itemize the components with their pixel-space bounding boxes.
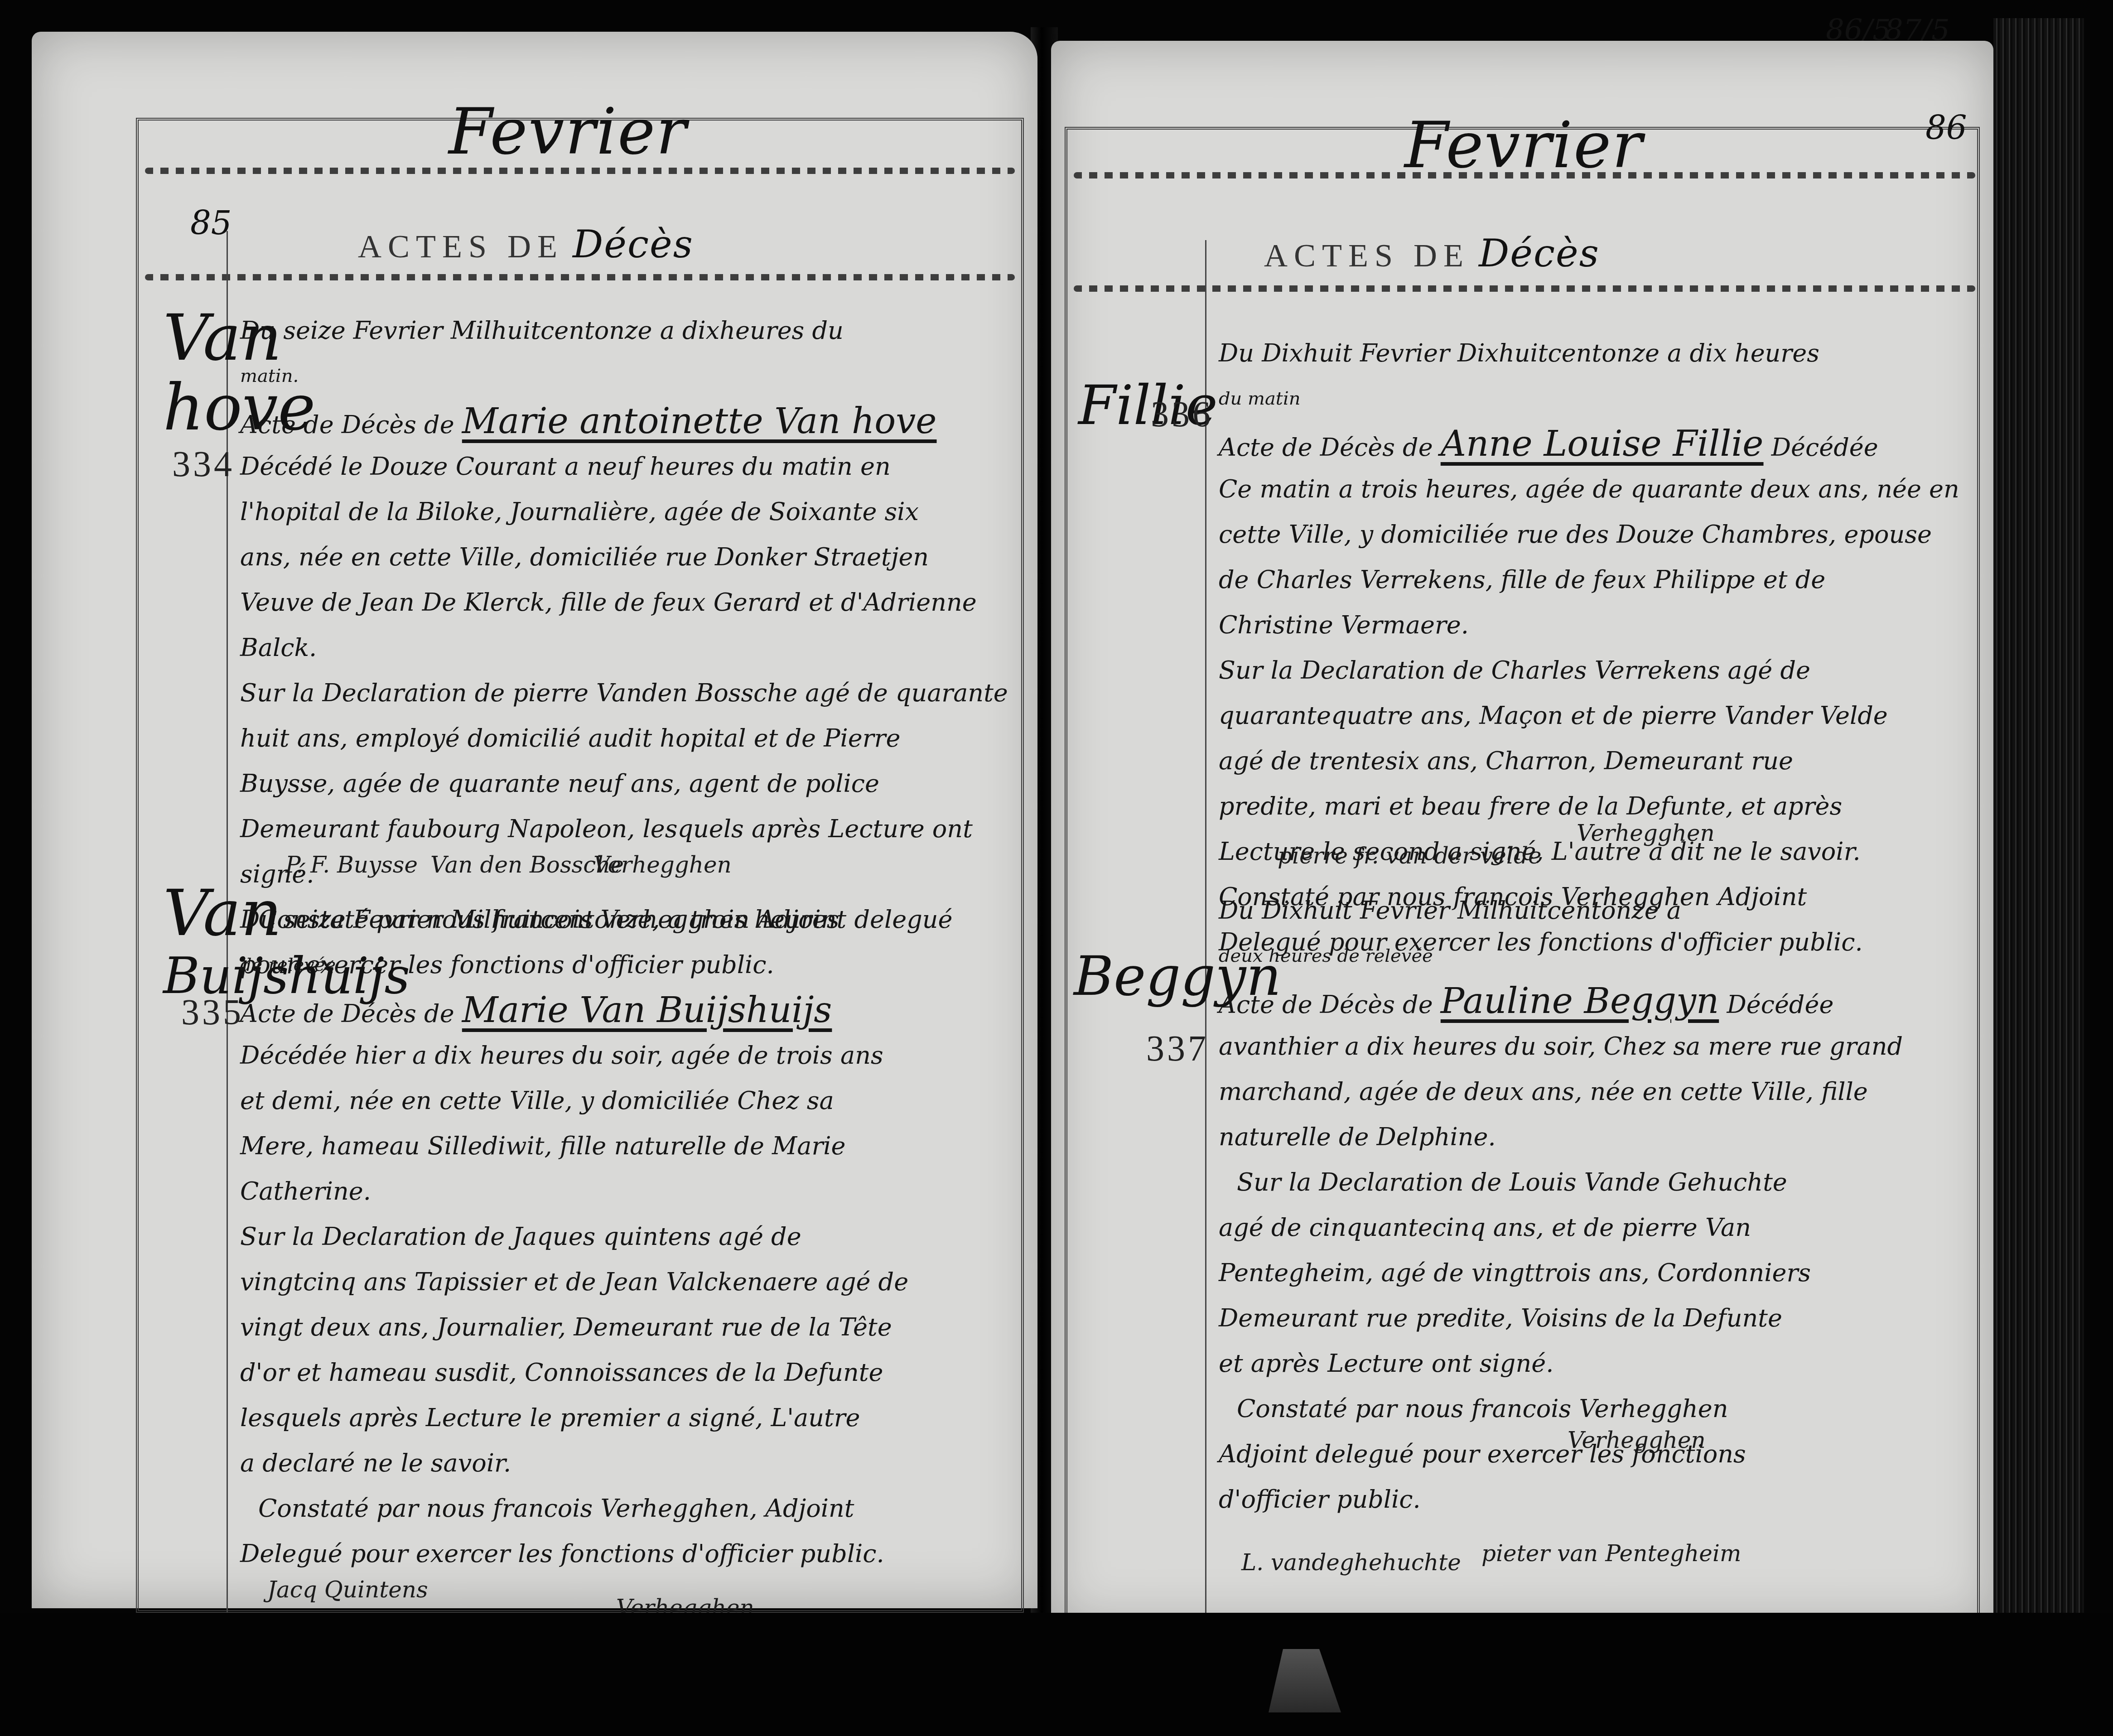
signature: Jacq Quintens: [267, 1577, 428, 1603]
month-heading: Fevrier: [449, 95, 687, 169]
entry-line: Constaté par nous francois Verhegghen: [1219, 1386, 1903, 1432]
death-act-entry: Du seize Fevrier Milhuitcentonze, a troi…: [240, 897, 908, 1577]
entry-line: agé de cinquantecinq ans, et de pierre V…: [1219, 1205, 1903, 1250]
ornamental-rule: [1074, 285, 1975, 292]
left-page: Fevrier 85 ACTES DEDécès Van hove 334 Du…: [32, 32, 1037, 1608]
entry-line: a declaré ne le savoir.: [240, 1441, 908, 1486]
scan-bottom-shadow: [0, 1613, 2113, 1736]
death-act-entry: Du Dixhuit Fevrier Dixhuitcentonze a dix…: [1219, 331, 1959, 965]
folio-number: 85: [190, 204, 232, 242]
header-printed: ACTES DE: [1264, 237, 1470, 274]
month-heading: Fevrier: [1404, 109, 1643, 183]
folio-number: 86: [1925, 109, 1967, 147]
entry-line: Constaté par nous francois Verhegghen, A…: [240, 1486, 908, 1531]
register-header: ACTES DEDécès: [358, 222, 694, 266]
entry-text: Acte de Décès de: [240, 410, 454, 439]
deceased-name: Marie antoinette Van hove: [462, 401, 937, 442]
entry-line: Acte de Décès de Anne Louise Fillie Décé…: [1219, 421, 1959, 467]
entry-line: agé de trentesix ans, Charron, Demeurant…: [1219, 738, 1959, 784]
entry-line: vingt deux ans, Journalier, Demeurant ru…: [240, 1305, 908, 1350]
entry-line: lesquels après Lecture le premier a sign…: [240, 1395, 908, 1441]
header-handwritten: Décès: [1479, 231, 1600, 275]
entry-line: huit ans, employé domicilié audit hopita…: [240, 716, 1008, 761]
entry-line: Catherine.: [240, 1169, 908, 1214]
entry-line: d'officier public.: [1219, 1477, 1903, 1522]
deceased-name: Marie Van Buijshuijs: [462, 990, 832, 1031]
entry-line: deux heures de relevée: [1219, 933, 1903, 979]
entry-text: Décédée: [1771, 433, 1878, 462]
entry-line: Sur la Declaration de Charles Verrekens …: [1219, 648, 1959, 693]
entry-line: Décédé le Douze Courant a neuf heures du…: [240, 444, 1008, 489]
entry-line: du matin: [1219, 376, 1959, 421]
entry-line: Du Dixhuit Fevrier Dixhuitcentonze a dix…: [1219, 331, 1959, 376]
signature: L. vandeghehuchte: [1241, 1549, 1461, 1576]
ornamental-rule: [145, 274, 1015, 280]
book-page-edges: [1993, 18, 2084, 1622]
entry-line: Ce matin a trois heures, agée de quarant…: [1219, 467, 1959, 512]
entry-line: quarantequatre ans, Maçon et de pierre V…: [1219, 693, 1959, 738]
deceased-name: Anne Louise Fillie: [1441, 424, 1764, 464]
entry-line: Mere, hameau Sillediwit, fille naturelle…: [240, 1124, 908, 1169]
signature: Verhegghen: [1577, 820, 1715, 846]
register-scan: 86/5 87/5 Fevrier 85 ACTES DEDécès Van h…: [0, 0, 2113, 1736]
signature: P. F. Buysse: [285, 852, 418, 878]
entry-line: Buysse, agée de quarante neuf ans, agent…: [240, 761, 1008, 806]
entry-line: cette Ville, y domiciliée rue des Douze …: [1219, 512, 1959, 557]
act-number: 334: [172, 444, 235, 485]
entry-line: de Charles Verrekens, fille de feux Phil…: [1219, 557, 1959, 603]
entry-line: de relevée: [240, 942, 908, 988]
signature: pieter van Pentegheim: [1481, 1540, 1741, 1567]
entry-line: marchand, agée de deux ans, née en cette…: [1219, 1069, 1903, 1114]
right-page: Fevrier 86 ACTES DEDécès Fillie 336 Du D…: [1051, 41, 1993, 1626]
entry-line: Delegué pour exercer les fonctions d'off…: [240, 1531, 908, 1577]
signature: Verhegghen: [593, 852, 732, 878]
entry-line: et demi, née en cette Ville, y domicilié…: [240, 1078, 908, 1124]
entry-line: Acte de Décès de Pauline Beggyn Décédée: [1219, 979, 1903, 1024]
entry-line: vingtcinq ans Tapissier et de Jean Valck…: [240, 1259, 908, 1305]
entry-line: d'or et hameau susdit, Connoissances de …: [240, 1350, 908, 1395]
entry-line: Acte de Décès de Marie Van Buijshuijs: [240, 988, 908, 1033]
signature: Verhegghen: [1568, 1427, 1706, 1453]
entry-line: Pentegheim, agé de vingttrois ans, Cordo…: [1219, 1250, 1903, 1296]
entry-line: Christine Vermaere.: [1219, 603, 1959, 648]
register-header: ACTES DEDécès: [1264, 231, 1600, 275]
entry-line: ans, née en cette Ville, domiciliée rue …: [240, 535, 1008, 580]
entry-text: Acte de Décès de: [1219, 433, 1433, 462]
entry-line: Sur la Declaration de pierre Vanden Boss…: [240, 670, 1008, 716]
entry-text: Acte de Décès de: [240, 999, 454, 1028]
entry-line: avanthier a dix heures du soir, Chez sa …: [1219, 1024, 1903, 1069]
entry-line: l'hopital de la Biloke, Journalière, agé…: [240, 489, 1008, 535]
entry-line: Balck.: [240, 625, 1008, 670]
entry-line: Du seize Fevrier Milhuitcentonze a dixhe…: [240, 308, 1008, 353]
entry-line: matin.: [240, 353, 1008, 399]
header-handwritten: Décès: [573, 222, 694, 266]
header-printed: ACTES DE: [358, 228, 564, 265]
entry-line: Adjoint delegué pour exercer les fonctio…: [1219, 1432, 1903, 1477]
entry-line: naturelle de Delphine.: [1219, 1114, 1903, 1160]
entry-line: Du Dixhuit Fevrier Milhuitcentonze a: [1219, 888, 1903, 933]
entry-line: Acte de Décès de Marie antoinette Van ho…: [240, 399, 1008, 444]
entry-line: Décédée hier a dix heures du soir, agée …: [240, 1033, 908, 1078]
act-number: 336: [1151, 394, 1213, 435]
act-number: 337: [1146, 1028, 1209, 1070]
signature: pierre fr. van der velde: [1278, 843, 1542, 869]
death-act-entry: Du Dixhuit Fevrier Milhuitcentonze a deu…: [1219, 888, 1903, 1522]
entry-line: Demeurant rue predite, Voisins de la Def…: [1219, 1296, 1903, 1341]
entry-line: et après Lecture ont signé.: [1219, 1341, 1903, 1386]
margin-rule: [1205, 240, 1206, 1622]
entry-line: Sur la Declaration de Jaques quintens ag…: [240, 1214, 908, 1259]
act-number: 335: [181, 992, 244, 1033]
entry-text: Décédée: [1727, 990, 1833, 1019]
entry-line: Demeurant faubourg Napoleon, lesquels ap…: [240, 806, 1008, 852]
entry-line: Du seize Fevrier Milhuitcentonze, a troi…: [240, 897, 908, 942]
deceased-name: Pauline Beggyn: [1441, 981, 1719, 1022]
entry-line: Sur la Declaration de Louis Vande Gehuch…: [1219, 1160, 1903, 1205]
entry-line: Veuve de Jean De Klerck, fille de feux G…: [240, 580, 1008, 625]
entry-text: Acte de Décès de: [1219, 990, 1433, 1019]
